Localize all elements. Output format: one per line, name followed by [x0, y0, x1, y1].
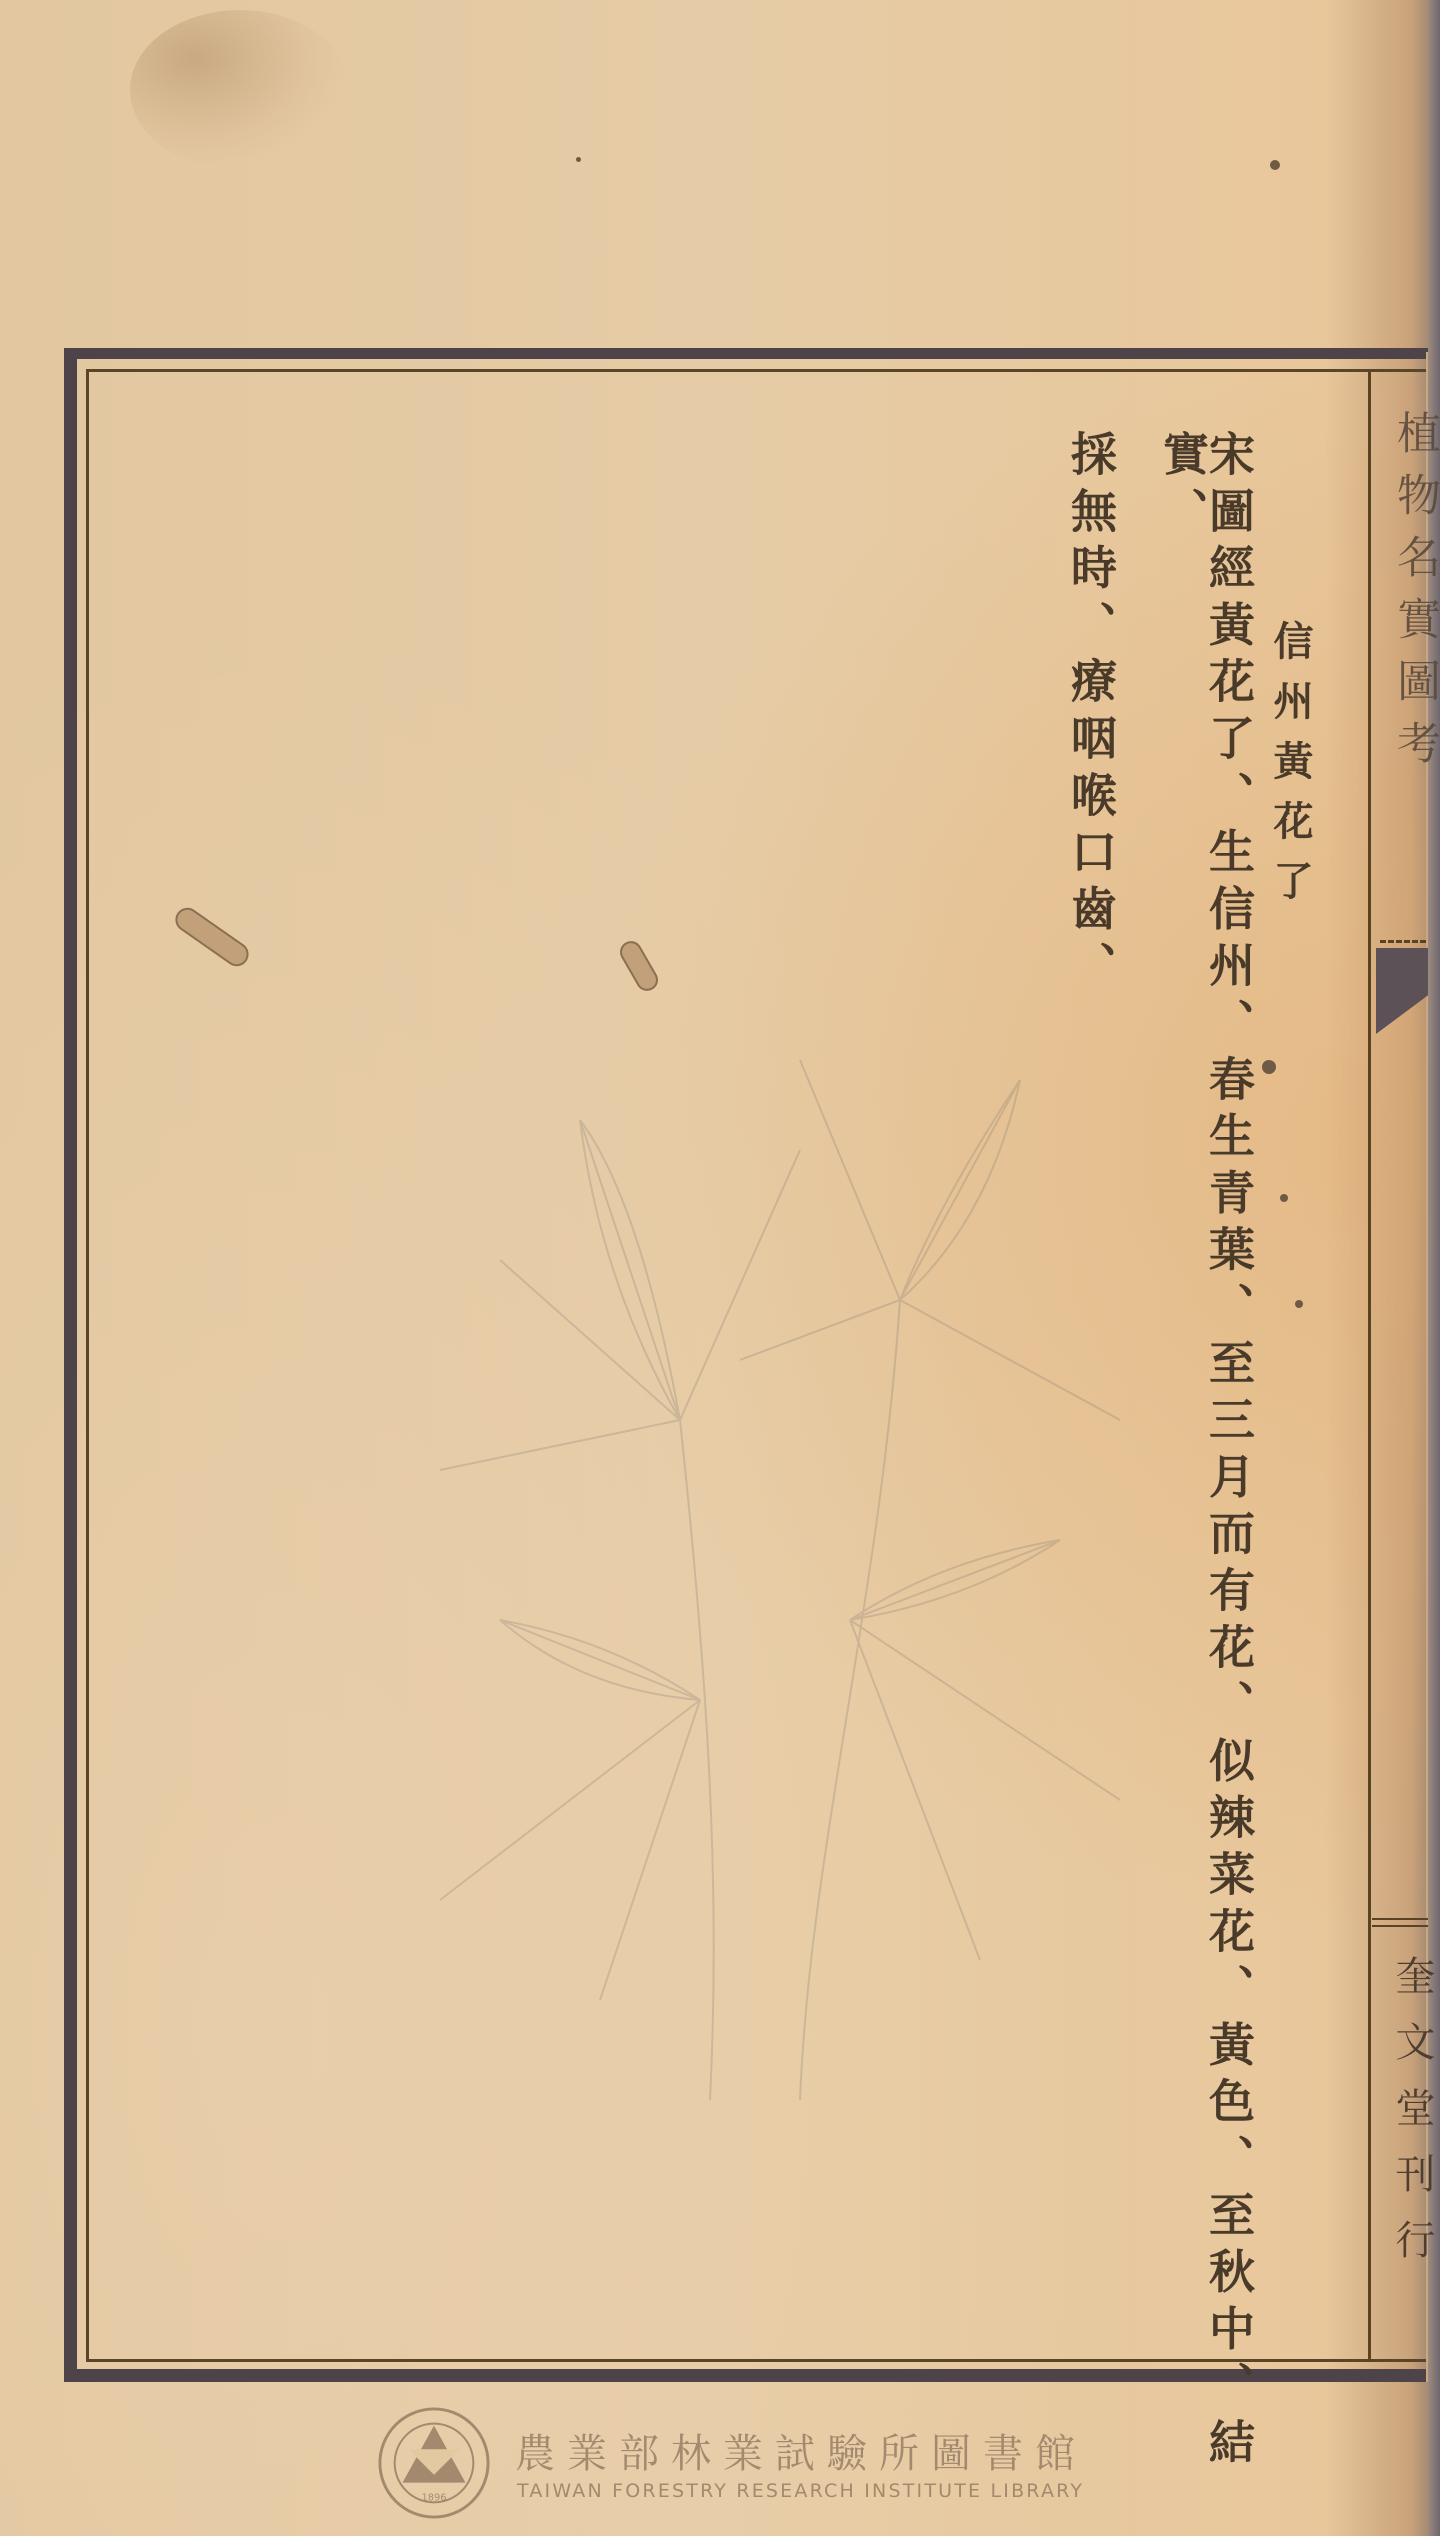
fold-divider — [1372, 1918, 1428, 1920]
ink-speck — [1262, 1060, 1276, 1074]
bleed-through-plant-illustration — [380, 1000, 1140, 2100]
ink-speck — [1280, 1194, 1288, 1202]
scanned-book-page: 植物名實圖考 奎文堂刊行 信州黃花了 宋圖經黃花了、生信州、春生青葉、至三月而有… — [0, 0, 1440, 2536]
entry-text-column-1: 宋圖經黃花了、生信州、春生青葉、至三月而有花、似辣菜花、黃色、至秋中、結實、 — [1160, 430, 1252, 2536]
ink-speck — [576, 157, 581, 162]
library-name-chinese: 農業部林業試驗所圖書館 — [515, 2422, 1087, 2479]
fold-divider — [1372, 1925, 1428, 1927]
ink-speck — [1295, 1300, 1303, 1308]
water-stain — [130, 10, 350, 170]
svg-text:1896: 1896 — [421, 2492, 446, 2503]
entry-heading: 信州黃花了 — [1262, 620, 1319, 920]
library-watermark: 1896 農業部林業試驗所圖書館 TAIWAN FORESTRY RESEARC… — [375, 2402, 1095, 2522]
entry-text-column-2: 採無時、療咽喉口齒、 — [1068, 430, 1114, 998]
library-name-english: TAIWAN FORESTRY RESEARCH INSTITUTE LIBRA… — [517, 2480, 1084, 2502]
fold-column-rule — [1368, 372, 1371, 2362]
library-logo-icon: 1896 — [375, 2404, 493, 2522]
fold-book-title: 植物名實圖考 — [1382, 410, 1440, 930]
publisher-imprint: 奎文堂刊行 — [1384, 1955, 1440, 2285]
fishtail-rule — [1380, 940, 1426, 943]
ink-speck — [1270, 160, 1280, 170]
